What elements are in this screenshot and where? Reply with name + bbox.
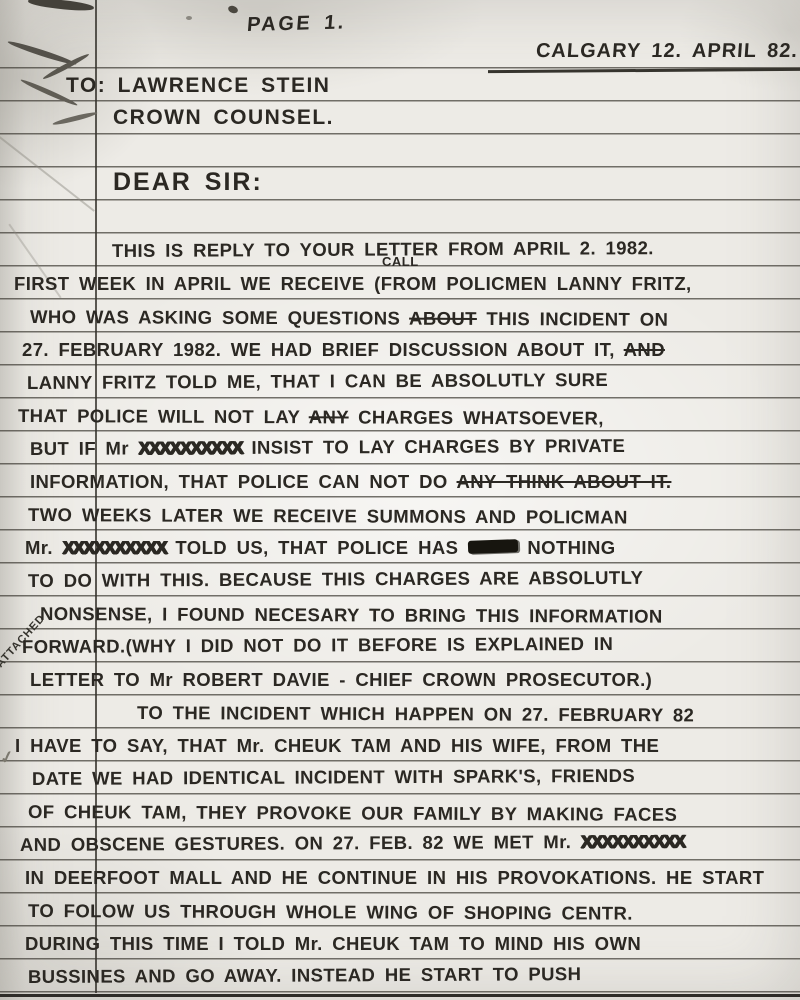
handwritten-text: DURING THIS TIME I TOLD Mr. CHEUK TAM TO… xyxy=(25,933,641,954)
letter-line: FORWARD.(WHY I DID NOT DO IT BEFORE IS E… xyxy=(22,633,613,662)
struck-through-word: ANY xyxy=(309,406,349,427)
struck-through-word: AND xyxy=(624,339,665,360)
scribbled-out-word xyxy=(468,539,518,554)
letter-line: FIRST WEEK IN APRIL WE RECEIVE (FROM POL… xyxy=(14,273,692,299)
letter-line: BUSSINES AND GO AWAY. INSTEAD HE START T… xyxy=(28,963,582,992)
handwritten-text: TO THE INCIDENT WHICH HAPPEN ON 27. FEBR… xyxy=(137,702,694,725)
handwritten-text: CHARGES WHATSOEVER, xyxy=(349,406,604,428)
letter-line: TWO WEEKS LATER WE RECEIVE SUMMONS AND P… xyxy=(28,504,628,533)
handwritten-text: 27. FEBRUARY 1982. WE HAD BRIEF DISCUSSI… xyxy=(22,339,624,360)
handwritten-text: LANNY FRITZ TOLD ME, THAT I CAN BE ABSOL… xyxy=(27,369,608,393)
handwritten-text: TWO WEEKS LATER WE RECEIVE SUMMONS AND P… xyxy=(28,504,628,528)
letter-line: THIS IS REPLY TO YOUR LETTER FROM APRIL … xyxy=(112,237,654,266)
handwritten-text: I HAVE TO SAY, THAT Mr. CHEUK TAM AND HI… xyxy=(15,735,659,756)
letter-line: INFORMATION, THAT POLICE CAN NOT DO ANY … xyxy=(30,471,671,497)
redacted-name: XXXXXXXXXX xyxy=(62,537,165,558)
letter-line: NONSENSE, I FOUND NECESARY TO BRING THIS… xyxy=(40,603,663,632)
handwritten-text: OF CHEUK TAM, THEY PROVOKE OUR FAMILY BY… xyxy=(28,801,677,825)
handwritten-text: IN DEERFOOT MALL AND HE CONTINUE IN HIS … xyxy=(25,867,764,888)
letter-line: Mr. XXXXXXXXXX TOLD US, THAT POLICE HAS … xyxy=(25,537,616,563)
letter-line: LANNY FRITZ TOLD ME, THAT I CAN BE ABSOL… xyxy=(27,369,608,398)
letter-line: DURING THIS TIME I TOLD Mr. CHEUK TAM TO… xyxy=(25,933,641,959)
handwritten-text: THAT POLICE WILL NOT LAY xyxy=(18,405,309,427)
handwritten-text: INSIST TO LAY CHARGES BY PRIVATE xyxy=(242,435,625,458)
ink-speck xyxy=(227,5,239,15)
letter-line: WHO WAS ASKING SOME QUESTIONS ABOUT THIS… xyxy=(30,306,668,335)
scanned-letter-page: PAGE 1. CALGARY 12. APRIL 82. TO: LAWREN… xyxy=(0,0,800,1000)
handwritten-text: Mr. xyxy=(25,537,62,558)
struck-through-word: ANY THINK ABOUT IT. xyxy=(457,471,672,492)
handwritten-text: AND OBSCENE GESTURES. ON 27. FEB. 82 WE … xyxy=(20,831,581,855)
handwritten-text: NONSENSE, I FOUND NECESARY TO BRING THIS… xyxy=(40,603,663,627)
handwritten-text: FIRST WEEK IN APRIL WE RECEIVE (FROM POL… xyxy=(14,273,692,294)
letter-line: TO DO WITH THIS. BECAUSE THIS CHARGES AR… xyxy=(28,567,643,596)
struck-through-word: ABOUT xyxy=(409,308,477,329)
handwritten-text: TO FOLOW US THROUGH WHOLE WING OF SHOPIN… xyxy=(28,900,633,924)
handwritten-text: TOLD US, THAT POLICE HAS xyxy=(166,537,468,558)
letter-line: TO THE INCIDENT WHICH HAPPEN ON 27. FEBR… xyxy=(137,702,694,730)
handwritten-text: BUT IF Mr xyxy=(30,437,139,459)
dateline: CALGARY 12. APRIL 82. xyxy=(535,40,799,63)
letter-line: TO FOLOW US THROUGH WHOLE WING OF SHOPIN… xyxy=(28,900,633,929)
recipient-name: TO: LAWRENCE STEIN xyxy=(66,74,330,98)
letter-line: THAT POLICE WILL NOT LAY ANY CHARGES WHA… xyxy=(18,405,604,434)
letter-line: 27. FEBRUARY 1982. WE HAD BRIEF DISCUSSI… xyxy=(22,339,665,365)
redacted-name: XXXXXXXXXX xyxy=(138,437,242,459)
salutation: DEAR SIR: xyxy=(113,168,263,197)
letter-line: I HAVE TO SAY, THAT Mr. CHEUK TAM AND HI… xyxy=(15,735,659,761)
handwritten-text: LETTER TO Mr ROBERT DAVIE - CHIEF CROWN … xyxy=(30,669,652,690)
handwritten-text: DATE WE HAD IDENTICAL INCIDENT WITH SPAR… xyxy=(32,765,635,789)
handwritten-text: BUSSINES AND GO AWAY. INSTEAD HE START T… xyxy=(28,963,582,987)
ink-speck xyxy=(186,16,192,20)
page-bottom-rule xyxy=(0,994,800,997)
handwritten-text: INFORMATION, THAT POLICE CAN NOT DO xyxy=(30,471,457,492)
letter-line: OF CHEUK TAM, THEY PROVOKE OUR FAMILY BY… xyxy=(28,801,677,830)
page-label: PAGE 1. xyxy=(246,11,347,37)
letter-line: DATE WE HAD IDENTICAL INCIDENT WITH SPAR… xyxy=(32,765,635,794)
letter-line: BUT IF Mr XXXXXXXXXX INSIST TO LAY CHARG… xyxy=(30,435,625,464)
handwritten-text: TO DO WITH THIS. BECAUSE THIS CHARGES AR… xyxy=(28,567,643,591)
redacted-name: XXXXXXXXXX xyxy=(581,831,685,853)
letter-line: IN DEERFOOT MALL AND HE CONTINUE IN HIS … xyxy=(25,867,764,893)
handwritten-text: THIS INCIDENT ON xyxy=(477,308,669,330)
letter-line: AND OBSCENE GESTURES. ON 27. FEB. 82 WE … xyxy=(20,831,684,860)
recipient-title: CROWN COUNSEL. xyxy=(113,106,334,130)
letter-line: LETTER TO Mr ROBERT DAVIE - CHIEF CROWN … xyxy=(30,669,652,695)
handwritten-text: NOTHING xyxy=(518,537,616,558)
ink-blot xyxy=(28,0,95,12)
handwritten-text: THIS IS REPLY TO YOUR LETTER FROM APRIL … xyxy=(112,237,654,261)
handwritten-text: WHO WAS ASKING SOME QUESTIONS xyxy=(30,306,409,329)
handwritten-text: FORWARD.(WHY I DID NOT DO IT BEFORE IS E… xyxy=(22,633,613,657)
